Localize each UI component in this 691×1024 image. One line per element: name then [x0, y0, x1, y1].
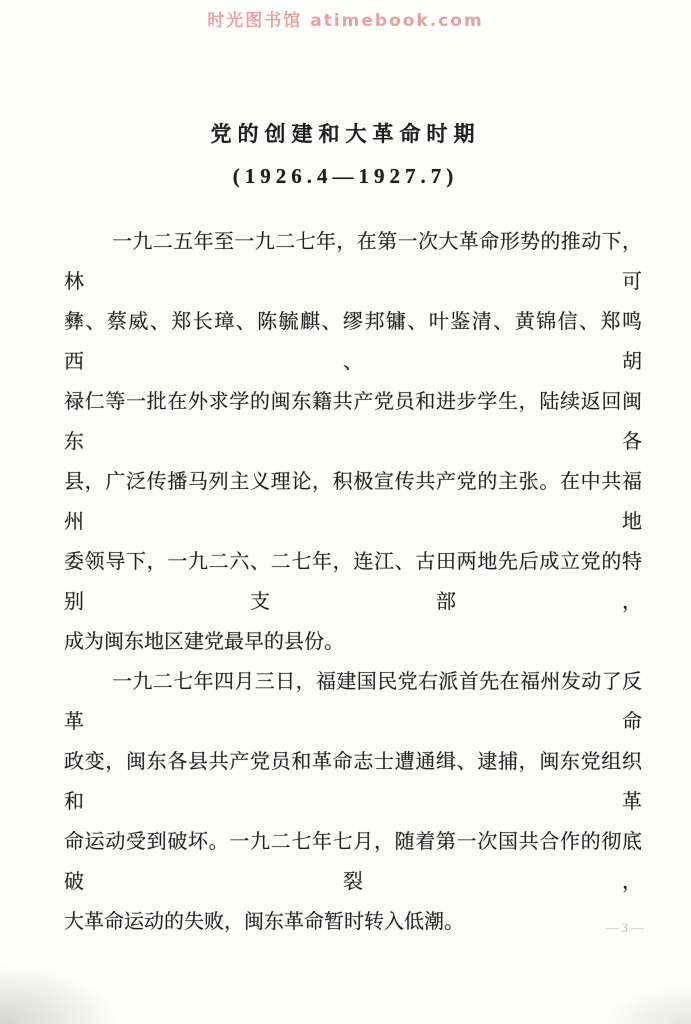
text-line: 大革命运动的失败，闽东革命暂时转入低潮。: [64, 902, 642, 942]
scan-shadow-bottom-right: [601, 984, 691, 1024]
paragraph-2: 一九二七年四月三日，福建国民党右派首先在福州发动了反革命政变，闽东各县共产党员和…: [64, 662, 642, 942]
text-line: 一九二五年至一九二七年，在第一次大革命形势的推动下，林可: [64, 222, 642, 302]
page-title: 党的创建和大革命时期: [0, 118, 691, 148]
page-number: —3—: [606, 920, 648, 936]
body-text: 一九二五年至一九二七年，在第一次大革命形势的推动下，林可彝、蔡威、郑长璋、陈毓麒…: [64, 222, 642, 942]
text-line: 成为闽东地区建党最早的县份。: [64, 622, 642, 662]
text-line: 彝、蔡威、郑长璋、陈毓麒、缪邦镛、叶鉴清、黄锦信、郑鸣西、胡: [64, 302, 642, 382]
scan-page: 时光图书馆 atimebook.com 党的创建和大革命时期 (1926.4—1…: [0, 0, 691, 1024]
paragraph-1: 一九二五年至一九二七年，在第一次大革命形势的推动下，林可彝、蔡威、郑长璋、陈毓麒…: [64, 222, 642, 662]
text-line: 委领导下，一九二六、二七年，连江、古田两地先后成立党的特别支部，: [64, 542, 642, 622]
text-line: 禄仁等一批在外求学的闽东籍共产党员和进步学生，陆续返回闽东各: [64, 382, 642, 462]
text-line: 县，广泛传播马列主义理论，积极宣传共产党的主张。在中共福州地: [64, 462, 642, 542]
text-line: 政变，闽东各县共产党员和革命志士遭通缉、逮捕，闽东党组织和革: [64, 742, 642, 822]
scan-shadow-bottom-left: [0, 964, 120, 1024]
page-subtitle: (1926.4—1927.7): [0, 164, 691, 189]
text-line: 一九二七年四月三日，福建国民党右派首先在福州发动了反革命: [64, 662, 642, 742]
text-line: 命运动受到破坏。一九二七年七月，随着第一次国共合作的彻底破裂，: [64, 822, 642, 902]
watermark-text: 时光图书馆 atimebook.com: [0, 6, 691, 31]
